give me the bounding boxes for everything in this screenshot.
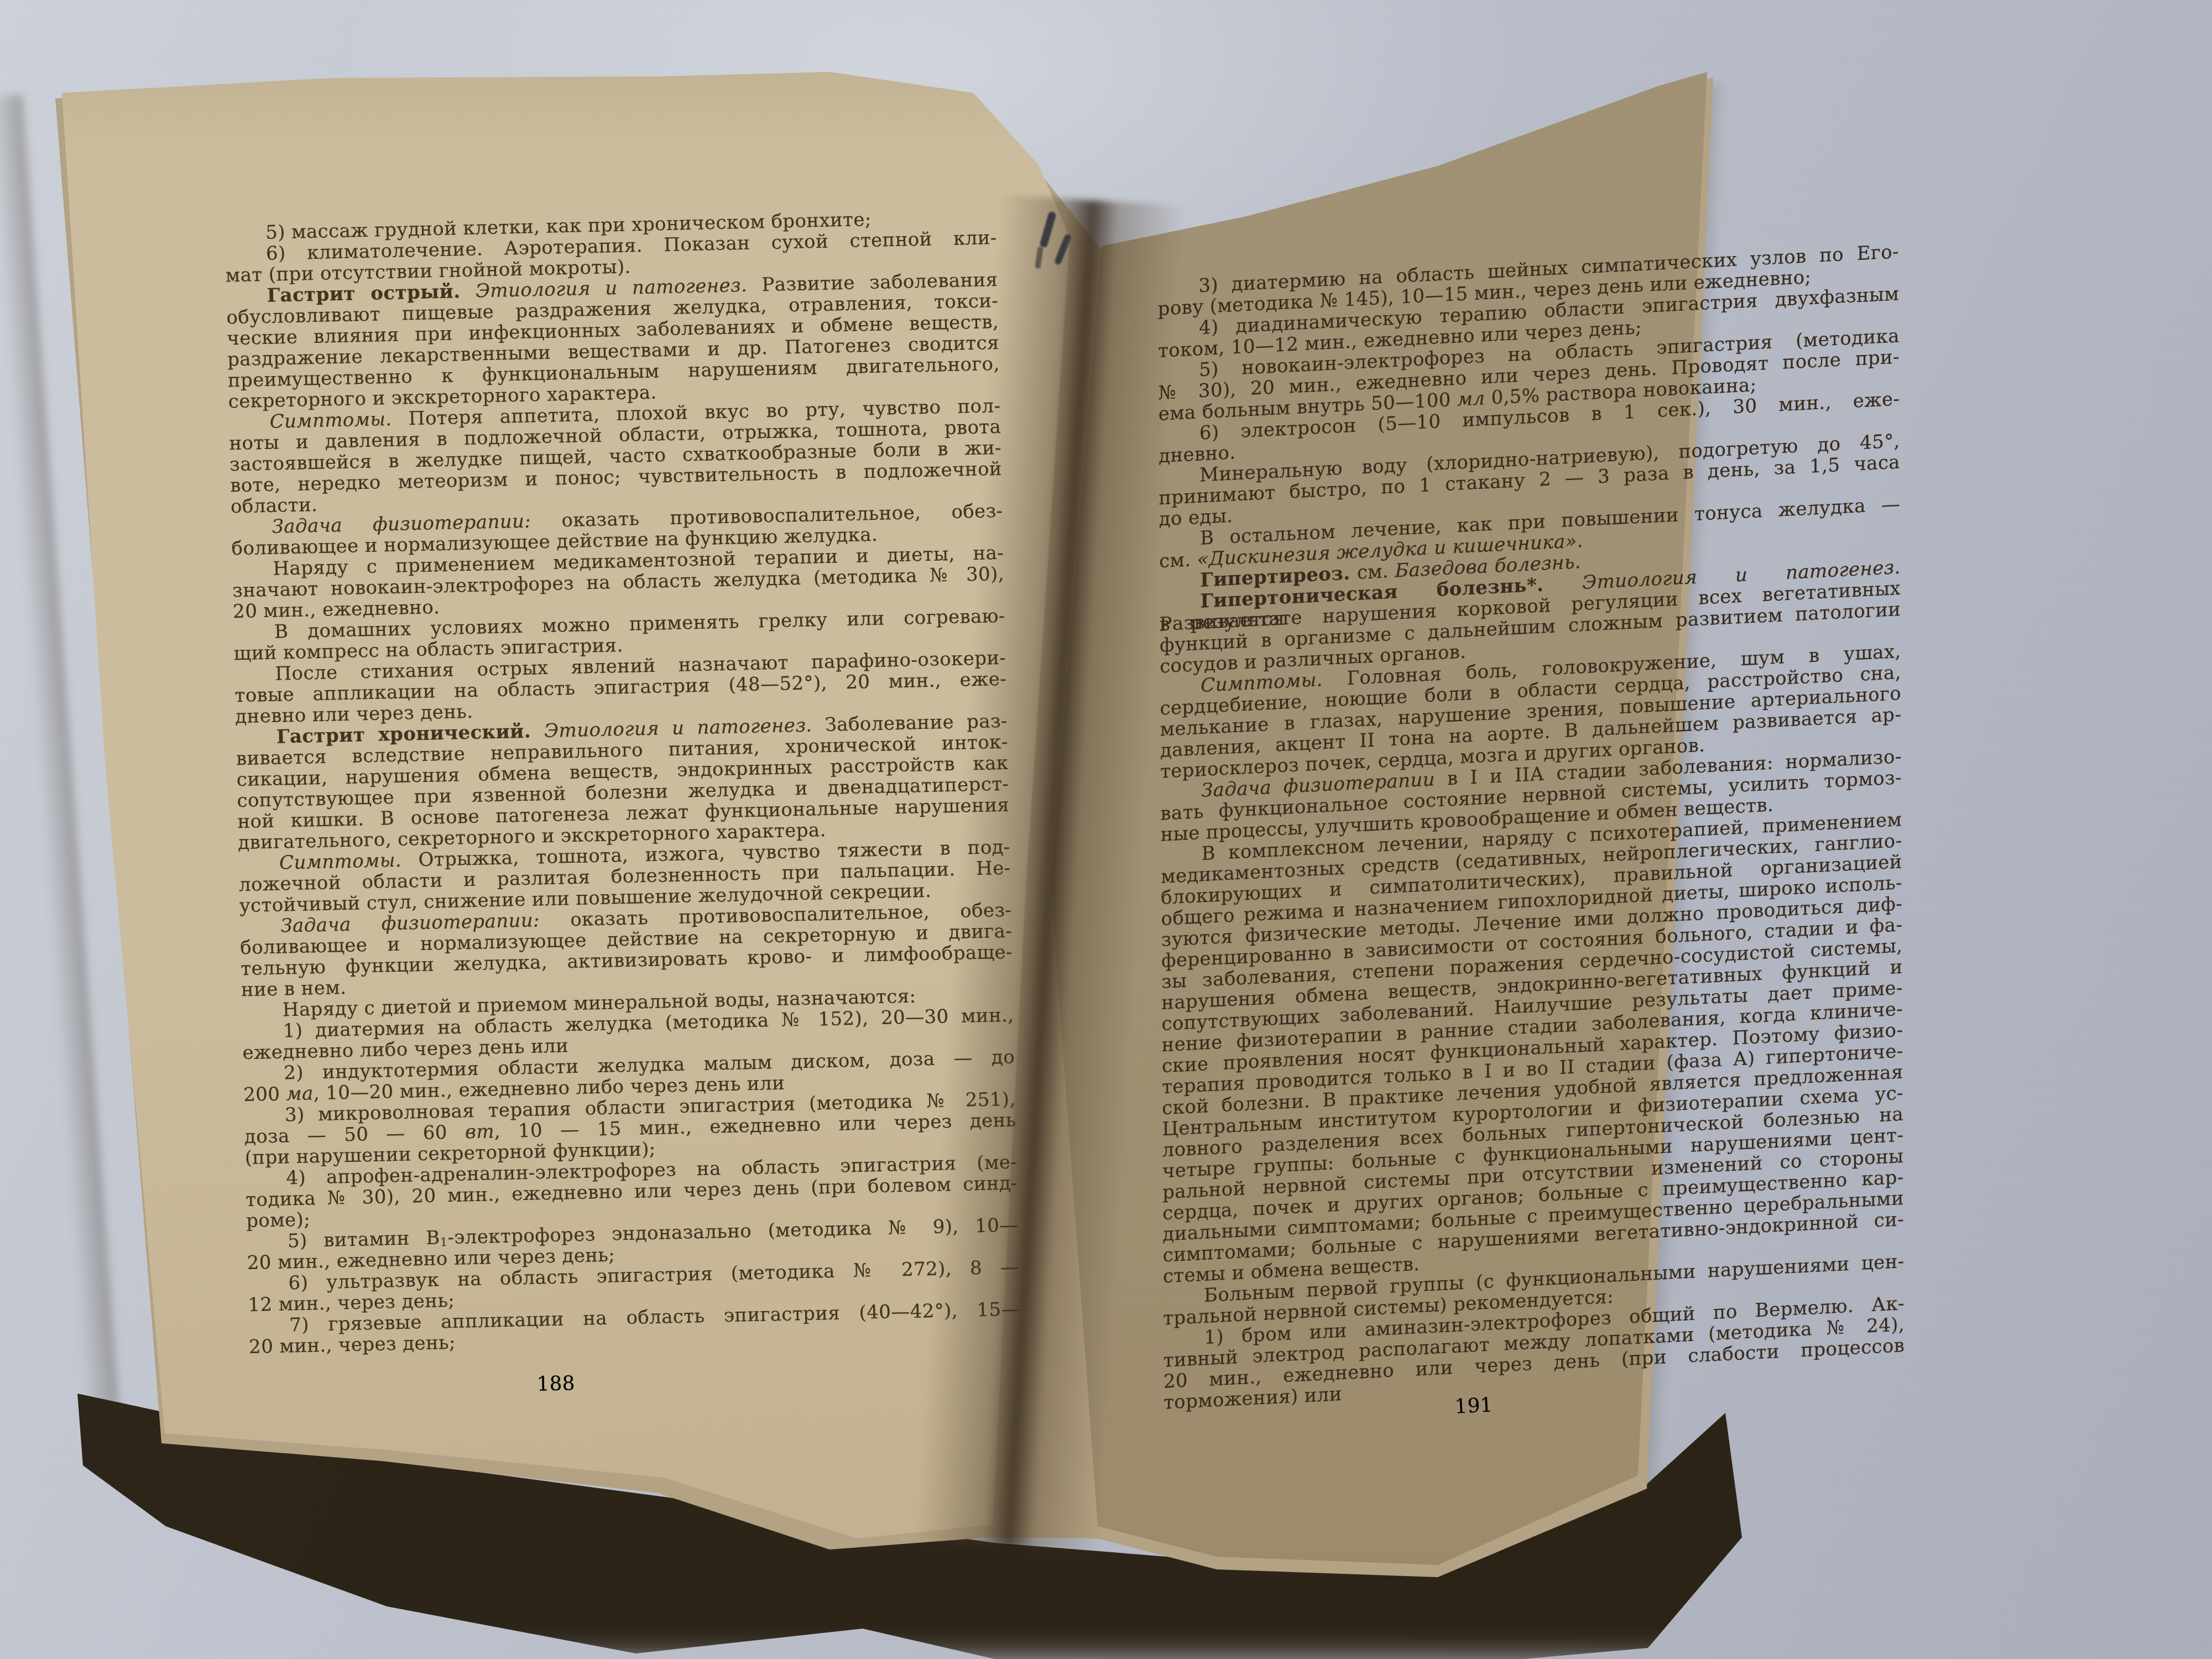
left-page-text: 5) массаж грудной клетки, как при хронич… xyxy=(225,206,1021,1358)
page-number-left: 188 xyxy=(523,1372,589,1396)
right-page-text: 3) диатермию на область шейных симпатиче… xyxy=(1157,241,1905,1413)
page-number-right: 191 xyxy=(1429,1392,1519,1420)
book-photo: 5) массаж грудной клетки, как при хронич… xyxy=(0,0,2212,1659)
